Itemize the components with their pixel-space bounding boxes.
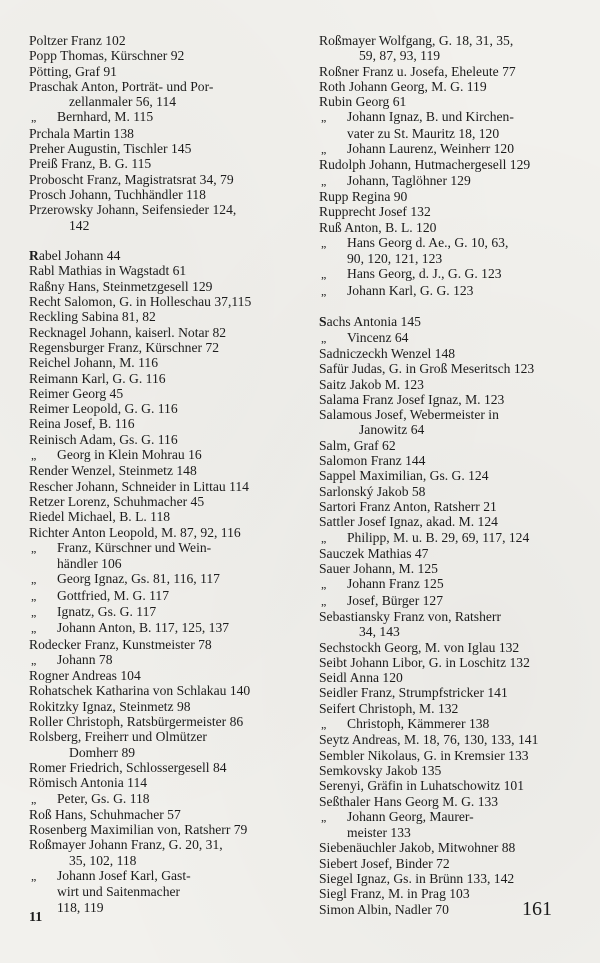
index-entry: Richter Anton Leopold, M. 87, 92, 116 xyxy=(29,525,277,540)
entry-text: Josef, Bürger 127 xyxy=(347,593,443,608)
entry-line: „Peter, Gs. G. 118 xyxy=(29,791,277,807)
index-entry: „Johann, Taglöhner 129 xyxy=(319,173,567,189)
ditto-mark: „ xyxy=(321,110,347,125)
index-entry: Sadniczeckh Wenzel 148 xyxy=(319,346,567,361)
signature-mark: 11 xyxy=(29,910,42,926)
entry-continuation-line: wirt und Saitenmacher xyxy=(29,884,277,899)
ditto-mark: „ xyxy=(31,572,57,587)
index-entry: Seibt Johann Libor, G. in Loschitz 132 xyxy=(319,655,567,670)
ditto-mark: „ xyxy=(31,869,57,884)
ditto-mark: „ xyxy=(321,717,347,732)
entry-text: Johann Ignaz, B. und Kirchen- xyxy=(347,109,514,124)
entry-text: Johann Georg, Maurer- xyxy=(347,809,474,824)
index-entry: Reimer Leopold, G. G. 116 xyxy=(29,401,277,416)
entry-line: „Johann Laurenz, Weinherr 120 xyxy=(319,141,567,157)
entry-text: Render Wenzel, Steinmetz 148 xyxy=(29,463,197,478)
index-entry: Seifert Christoph, M. 132 xyxy=(319,701,567,716)
index-entry: Prosch Johann, Tuchhändler 118 xyxy=(29,187,277,202)
entry-text: Johann 78 xyxy=(57,652,113,667)
entry-line: Seibt Johann Libor, G. in Loschitz 132 xyxy=(319,655,567,670)
entry-text: Rudolph Johann, Hutmachergesell 129 xyxy=(319,157,530,172)
book-page: Poltzer Franz 102Popp Thomas, Kürschner … xyxy=(0,0,600,963)
entry-text: Roß Hans, Schuhmacher 57 xyxy=(29,807,181,822)
entry-line: Rupp Regina 90 xyxy=(319,189,567,204)
entry-line: Sechstockh Georg, M. von Iglau 132 xyxy=(319,640,567,655)
ditto-mark: „ xyxy=(321,142,347,157)
entry-text: Seßthaler Hans Georg M. G. 133 xyxy=(319,794,498,809)
index-entry: Reina Josef, B. 116 xyxy=(29,416,277,431)
entry-line: Sappel Maximilian, Gs. G. 124 xyxy=(319,468,567,483)
index-entry: Riedel Michael, B. L. 118 xyxy=(29,509,277,524)
index-entry: Retzer Lorenz, Schuhmacher 45 xyxy=(29,494,277,509)
entry-line: Roßmayer Wolfgang, G. 18, 31, 35, xyxy=(319,33,567,48)
entry-text: 59, 87, 93, 119 xyxy=(359,48,440,63)
entry-line: Regensburger Franz, Kürschner 72 xyxy=(29,340,277,355)
entry-text: Sembler Nikolaus, G. in Kremsier 133 xyxy=(319,748,529,763)
index-entry: Sachs Antonia 145 xyxy=(319,314,567,329)
section-gap xyxy=(319,299,567,314)
index-entry: „Gottfried, M. G. 117 xyxy=(29,588,277,604)
entry-text: Roßmayer Wolfgang, G. 18, 31, 35, xyxy=(319,33,513,48)
entry-line: Reimann Karl, G. G. 116 xyxy=(29,371,277,386)
index-entry: „Johann Anton, B. 117, 125, 137 xyxy=(29,620,277,636)
index-entry: Raßny Hans, Steinmetzgesell 129 xyxy=(29,279,277,294)
entry-line: Siebert Josef, Binder 72 xyxy=(319,856,567,871)
index-entry: Romer Friedrich, Schlossergesell 84 xyxy=(29,760,277,775)
entry-line: Rescher Johann, Schneider in Littau 114 xyxy=(29,479,277,494)
entry-line: Sarlonský Jakob 58 xyxy=(319,484,567,499)
entry-text: Ruß Anton, B. L. 120 xyxy=(319,220,436,235)
entry-line: Rohatschek Katharina von Schlakau 140 xyxy=(29,683,277,698)
entry-line: Seidl Anna 120 xyxy=(319,670,567,685)
entry-text: Johann, Taglöhner 129 xyxy=(347,173,471,188)
index-entry: Salamous Josef, Webermeister inJanowitz … xyxy=(319,407,567,438)
entry-continuation-line: Domherr 89 xyxy=(29,745,277,760)
entry-continuation-line: zellanmaler 56, 114 xyxy=(29,94,277,109)
entry-text: Seibt Johann Libor, G. in Loschitz 132 xyxy=(319,655,530,670)
entry-line: Siebenäuchler Jakob, Mitwohner 88 xyxy=(319,840,567,855)
entry-text: Johann Laurenz, Weinherr 120 xyxy=(347,141,514,156)
entry-text: Recht Salomon, G. in Holleschau 37,115 xyxy=(29,294,251,309)
index-entry: Rabl Mathias in Wagstadt 61 xyxy=(29,263,277,278)
entry-line: Rolsberg, Freiherr und Olmützer xyxy=(29,729,277,744)
entry-text: Pötting, Graf 91 xyxy=(29,64,117,79)
index-entry: Rupp Regina 90 xyxy=(319,189,567,204)
entry-line: Rosenberg Maximilian von, Ratsherr 79 xyxy=(29,822,277,837)
entry-text: Domherr 89 xyxy=(69,745,135,760)
entry-line: „Georg in Klein Mohrau 16 xyxy=(29,447,277,463)
index-entry: Saitz Jakob M. 123 xyxy=(319,377,567,392)
entry-line: Rabl Mathias in Wagstadt 61 xyxy=(29,263,277,278)
index-entry: Seßthaler Hans Georg M. G. 133 xyxy=(319,794,567,809)
entry-text: Sebastiansky Franz von, Ratsherr xyxy=(319,609,501,624)
page-number: 161 xyxy=(522,898,552,921)
entry-line: Preher Augustin, Tischler 145 xyxy=(29,141,277,156)
index-entry: Rescher Johann, Schneider in Littau 114 xyxy=(29,479,277,494)
entry-text: Rubin Georg 61 xyxy=(319,94,406,109)
section-gap xyxy=(29,233,277,248)
entry-text: Hans Georg d. Ae., G. 10, 63, xyxy=(347,235,508,250)
entry-line: Seifert Christoph, M. 132 xyxy=(319,701,567,716)
entry-text: Popp Thomas, Kürschner 92 xyxy=(29,48,184,63)
index-entry: „Johann 78 xyxy=(29,652,277,668)
entry-line: Rupprecht Josef 132 xyxy=(319,204,567,219)
index-entry: Przerowsky Johann, Seifensieder 124,142 xyxy=(29,202,277,233)
ditto-mark: „ xyxy=(31,448,57,463)
entry-line: Richter Anton Leopold, M. 87, 92, 116 xyxy=(29,525,277,540)
index-entry: Rolsberg, Freiherr und OlmützerDomherr 8… xyxy=(29,729,277,760)
ditto-mark: „ xyxy=(31,653,57,668)
entry-text: vater zu St. Mauritz 18, 120 xyxy=(347,126,499,141)
entry-continuation-line: händler 106 xyxy=(29,556,277,571)
entry-text: Seidl Anna 120 xyxy=(319,670,403,685)
entry-text: zellanmaler 56, 114 xyxy=(69,94,176,109)
entry-text: 34, 143 xyxy=(359,624,400,639)
ditto-mark: „ xyxy=(321,810,347,825)
entry-text: Salamous Josef, Webermeister in xyxy=(319,407,499,422)
ditto-mark: „ xyxy=(321,577,347,592)
entry-line: Retzer Lorenz, Schuhmacher 45 xyxy=(29,494,277,509)
entry-text: Christoph, Kämmerer 138 xyxy=(347,716,489,731)
entry-text: Sappel Maximilian, Gs. G. 124 xyxy=(319,468,489,483)
entry-text: Seifert Christoph, M. 132 xyxy=(319,701,458,716)
index-entry: Rudolph Johann, Hutmachergesell 129 xyxy=(319,157,567,172)
entry-line: Przerowsky Johann, Seifensieder 124, xyxy=(29,202,277,217)
entry-text: Rupp Regina 90 xyxy=(319,189,407,204)
index-entry: Popp Thomas, Kürschner 92 xyxy=(29,48,277,63)
index-entry: „Josef, Bürger 127 xyxy=(319,593,567,609)
index-entry: Sarlonský Jakob 58 xyxy=(319,484,567,499)
entry-text: Georg Ignaz, Gs. 81, 116, 117 xyxy=(57,571,220,586)
ditto-mark: „ xyxy=(31,792,57,807)
index-entry: „Vincenz 64 xyxy=(319,330,567,346)
entry-text: Gottfried, M. G. 117 xyxy=(57,588,169,603)
index-entry: Recknagel Johann, kaiserl. Notar 82 xyxy=(29,325,277,340)
entry-text: Przerowsky Johann, Seifensieder 124, xyxy=(29,202,236,217)
entry-text: Proboscht Franz, Magistratsrat 34, 79 xyxy=(29,172,234,187)
entry-line: Reichel Johann, M. 116 xyxy=(29,355,277,370)
ditto-mark: „ xyxy=(321,531,347,546)
entry-text: Franz, Kürschner und Wein- xyxy=(57,540,211,555)
entry-line: Rabel Johann 44 xyxy=(29,248,277,263)
index-entry: „Hans Georg d. Ae., G. 10, 63,90, 120, 1… xyxy=(319,235,567,267)
entry-line: Roßmayer Johann Franz, G. 20, 31, xyxy=(29,837,277,852)
entry-text: Johann Karl, G. G. 123 xyxy=(347,283,473,298)
entry-line: „Philipp, M. u. B. 29, 69, 117, 124 xyxy=(319,530,567,546)
entry-text: Regensburger Franz, Kürschner 72 xyxy=(29,340,219,355)
entry-line: Safür Judas, G. in Groß Meseritsch 123 xyxy=(319,361,567,376)
entry-line: „Johann Franz 125 xyxy=(319,576,567,592)
index-entry: Sembler Nikolaus, G. in Kremsier 133 xyxy=(319,748,567,763)
index-entry: „Franz, Kürschner und Wein-händler 106 xyxy=(29,540,277,572)
index-entry: Render Wenzel, Steinmetz 148 xyxy=(29,463,277,478)
entry-line: Recht Salomon, G. in Holleschau 37,115 xyxy=(29,294,277,309)
index-entry: Preiß Franz, B. G. 115 xyxy=(29,156,277,171)
entry-text: Hans Georg, d. J., G. G. 123 xyxy=(347,266,502,281)
entry-text: Philipp, M. u. B. 29, 69, 117, 124 xyxy=(347,530,529,545)
entry-text: Seidler Franz, Strumpfstricker 141 xyxy=(319,685,508,700)
index-entry: „Johann Karl, G. G. 123 xyxy=(319,283,567,299)
entry-line: Sauer Johann, M. 125 xyxy=(319,561,567,576)
entry-text: meister 133 xyxy=(347,825,411,840)
index-entry: „Hans Georg, d. J., G. G. 123 xyxy=(319,266,567,282)
entry-text: Rabl Mathias in Wagstadt 61 xyxy=(29,263,186,278)
entry-line: Ruß Anton, B. L. 120 xyxy=(319,220,567,235)
entry-text: Sartori Franz Anton, Ratsherr 21 xyxy=(319,499,497,514)
ditto-mark: „ xyxy=(31,605,57,620)
entry-line: „Georg Ignaz, Gs. 81, 116, 117 xyxy=(29,571,277,587)
index-entry: Rabel Johann 44 xyxy=(29,248,277,263)
entry-continuation-line: 34, 143 xyxy=(319,624,567,639)
index-entry: Sauczek Mathias 47 xyxy=(319,546,567,561)
entry-line: Salamous Josef, Webermeister in xyxy=(319,407,567,422)
ditto-mark: „ xyxy=(321,236,347,251)
entry-line: „Johann Anton, B. 117, 125, 137 xyxy=(29,620,277,636)
ditto-mark: „ xyxy=(321,594,347,609)
entry-text: Reina Josef, B. 116 xyxy=(29,416,135,431)
entry-text: Prchala Martin 138 xyxy=(29,126,134,141)
entry-text: Rescher Johann, Schneider in Littau 114 xyxy=(29,479,249,494)
index-entry: „Ignatz, Gs. G. 117 xyxy=(29,604,277,620)
entry-line: „Hans Georg d. Ae., G. 10, 63, xyxy=(319,235,567,251)
entry-text: Roth Johann Georg, M. G. 119 xyxy=(319,79,487,94)
entry-line: „Johann 78 xyxy=(29,652,277,668)
index-entry: Rohatschek Katharina von Schlakau 140 xyxy=(29,683,277,698)
index-entry: Sechstockh Georg, M. von Iglau 132 xyxy=(319,640,567,655)
entry-text: Preiß Franz, B. G. 115 xyxy=(29,156,151,171)
index-entry: „Johann Josef Karl, Gast-wirt und Saiten… xyxy=(29,868,277,915)
entry-text: Rosenberg Maximilian von, Ratsherr 79 xyxy=(29,822,247,837)
entry-line: „Johann Josef Karl, Gast- xyxy=(29,868,277,884)
index-entry: Reichel Johann, M. 116 xyxy=(29,355,277,370)
entry-line: Romer Friedrich, Schlossergesell 84 xyxy=(29,760,277,775)
entry-text: Serenyi, Gräfin in Luhatschowitz 101 xyxy=(319,778,524,793)
entry-text: Siegel Ignaz, Gs. in Brünn 133, 142 xyxy=(319,871,514,886)
entry-line: Reina Josef, B. 116 xyxy=(29,416,277,431)
entry-line: „Johann Ignaz, B. und Kirchen- xyxy=(319,109,567,125)
index-entry: Siegel Ignaz, Gs. in Brünn 133, 142 xyxy=(319,871,567,886)
entry-text: Safür Judas, G. in Groß Meseritsch 123 xyxy=(319,361,534,376)
entry-line: Sadniczeckh Wenzel 148 xyxy=(319,346,567,361)
entry-line: Recknagel Johann, kaiserl. Notar 82 xyxy=(29,325,277,340)
entry-line: Semkovsky Jakob 135 xyxy=(319,763,567,778)
entry-text: Sechstockh Georg, M. von Iglau 132 xyxy=(319,640,519,655)
entry-line: Sembler Nikolaus, G. in Kremsier 133 xyxy=(319,748,567,763)
entry-text: 35, 102, 118 xyxy=(69,853,136,868)
index-entry: „Johann Franz 125 xyxy=(319,576,567,592)
entry-text: wirt und Saitenmacher xyxy=(57,884,180,899)
entry-text: Raßny Hans, Steinmetzgesell 129 xyxy=(29,279,212,294)
entry-continuation-line: 142 xyxy=(29,218,277,233)
index-entry: Sartori Franz Anton, Ratsherr 21 xyxy=(319,499,567,514)
entry-text: Römisch Antonia 114 xyxy=(29,775,147,790)
entry-text: Simon Albin, Nadler 70 xyxy=(319,902,449,917)
entry-line: Reimer Leopold, G. G. 116 xyxy=(29,401,277,416)
index-entry: Rubin Georg 61 xyxy=(319,94,567,109)
ditto-mark: „ xyxy=(321,174,347,189)
entry-line: Rodecker Franz, Kunstmeister 78 xyxy=(29,637,277,652)
entry-line: Prosch Johann, Tuchhändler 118 xyxy=(29,187,277,202)
index-entry: Sattler Josef Ignaz, akad. M. 124 xyxy=(319,514,567,529)
entry-line: Proboscht Franz, Magistratsrat 34, 79 xyxy=(29,172,277,187)
entry-line: Siegel Ignaz, Gs. in Brünn 133, 142 xyxy=(319,871,567,886)
entry-line: Roth Johann Georg, M. G. 119 xyxy=(319,79,567,94)
index-entry: Rosenberg Maximilian von, Ratsherr 79 xyxy=(29,822,277,837)
entry-text: Retzer Lorenz, Schuhmacher 45 xyxy=(29,494,204,509)
entry-continuation-line: 90, 120, 121, 123 xyxy=(319,251,567,266)
index-entry: „Philipp, M. u. B. 29, 69, 117, 124 xyxy=(319,530,567,546)
index-entry: Preher Augustin, Tischler 145 xyxy=(29,141,277,156)
entry-text: Johann Josef Karl, Gast- xyxy=(57,868,191,883)
entry-line: Seytz Andreas, M. 18, 76, 130, 133, 141 xyxy=(319,732,567,747)
index-entry: „Bernhard, M. 115 xyxy=(29,109,277,125)
index-entry: Roßner Franz u. Josefa, Eheleute 77 xyxy=(319,64,567,79)
entry-line: Sauczek Mathias 47 xyxy=(319,546,567,561)
entry-text: Sarlonský Jakob 58 xyxy=(319,484,425,499)
entry-continuation-line: meister 133 xyxy=(319,825,567,840)
entry-line: „Gottfried, M. G. 117 xyxy=(29,588,277,604)
section-initial: S xyxy=(319,314,327,329)
index-entry: Poltzer Franz 102 xyxy=(29,33,277,48)
index-entry: Ruß Anton, B. L. 120 xyxy=(319,220,567,235)
entry-line: Rubin Georg 61 xyxy=(319,94,567,109)
entry-line: Roß Hans, Schuhmacher 57 xyxy=(29,807,277,822)
entry-line: Seßthaler Hans Georg M. G. 133 xyxy=(319,794,567,809)
entry-line: Reckling Sabina 81, 82 xyxy=(29,309,277,324)
entry-line: Sachs Antonia 145 xyxy=(319,314,567,329)
entry-text: Riedel Michael, B. L. 118 xyxy=(29,509,170,524)
index-entry: Semkovsky Jakob 135 xyxy=(319,763,567,778)
entry-line: Prchala Martin 138 xyxy=(29,126,277,141)
index-entry: Seidler Franz, Strumpfstricker 141 xyxy=(319,685,567,700)
entry-text: Sattler Josef Ignaz, akad. M. 124 xyxy=(319,514,498,529)
index-entry: Proboscht Franz, Magistratsrat 34, 79 xyxy=(29,172,277,187)
entry-text: Richter Anton Leopold, M. 87, 92, 116 xyxy=(29,525,241,540)
ditto-mark: „ xyxy=(31,589,57,604)
entry-text: achs Antonia 145 xyxy=(327,314,421,329)
entry-line: „Vincenz 64 xyxy=(319,330,567,346)
index-entry: Reinisch Adam, Gs. G. 116 xyxy=(29,432,277,447)
entry-text: Sauer Johann, M. 125 xyxy=(319,561,438,576)
entry-line: „Ignatz, Gs. G. 117 xyxy=(29,604,277,620)
index-entry: Sauer Johann, M. 125 xyxy=(319,561,567,576)
entry-line: „Johann Karl, G. G. 123 xyxy=(319,283,567,299)
entry-text: Janowitz 64 xyxy=(359,422,424,437)
index-entry: Safür Judas, G. in Groß Meseritsch 123 xyxy=(319,361,567,376)
ditto-mark: „ xyxy=(31,541,57,556)
index-entry: Sebastiansky Franz von, Ratsherr34, 143 xyxy=(319,609,567,640)
entry-line: Serenyi, Gräfin in Luhatschowitz 101 xyxy=(319,778,567,793)
entry-line: Raßny Hans, Steinmetzgesell 129 xyxy=(29,279,277,294)
index-entry: Roßmayer Wolfgang, G. 18, 31, 35,59, 87,… xyxy=(319,33,567,64)
entry-text: Semkovsky Jakob 135 xyxy=(319,763,441,778)
entry-continuation-line: 35, 102, 118 xyxy=(29,853,277,868)
index-entry: „Johann Georg, Maurer-meister 133 xyxy=(319,809,567,841)
entry-text: Reimer Georg 45 xyxy=(29,386,123,401)
entry-line: Reinisch Adam, Gs. G. 116 xyxy=(29,432,277,447)
entry-line: Reimer Georg 45 xyxy=(29,386,277,401)
index-entry: Roth Johann Georg, M. G. 119 xyxy=(319,79,567,94)
entry-text: Sauczek Mathias 47 xyxy=(319,546,428,561)
entry-text: Recknagel Johann, kaiserl. Notar 82 xyxy=(29,325,226,340)
entry-line: Rokitzky Ignaz, Steinmetz 98 xyxy=(29,699,277,714)
entry-line: Salomon Franz 144 xyxy=(319,453,567,468)
entry-line: Riedel Michael, B. L. 118 xyxy=(29,509,277,524)
section-initial: R xyxy=(29,248,39,263)
entry-text: Romer Friedrich, Schlossergesell 84 xyxy=(29,760,227,775)
entry-line: Popp Thomas, Kürschner 92 xyxy=(29,48,277,63)
entry-text: Rupprecht Josef 132 xyxy=(319,204,431,219)
index-entry: „Georg Ignaz, Gs. 81, 116, 117 xyxy=(29,571,277,587)
ditto-mark: „ xyxy=(31,621,57,636)
entry-text: händler 106 xyxy=(57,556,122,571)
entry-line: Roller Christoph, Ratsbürgermeister 86 xyxy=(29,714,277,729)
entry-continuation-line: 118, 119 xyxy=(29,900,277,915)
index-entry: Römisch Antonia 114 xyxy=(29,775,277,790)
entry-line: Pötting, Graf 91 xyxy=(29,64,277,79)
entry-text: abel Johann 44 xyxy=(39,248,121,263)
index-entry: Recht Salomon, G. in Holleschau 37,115 xyxy=(29,294,277,309)
entry-line: Saitz Jakob M. 123 xyxy=(319,377,567,392)
entry-text: Reckling Sabina 81, 82 xyxy=(29,309,156,324)
ditto-mark: „ xyxy=(321,284,347,299)
index-entry: Rokitzky Ignaz, Steinmetz 98 xyxy=(29,699,277,714)
index-entry: Serenyi, Gräfin in Luhatschowitz 101 xyxy=(319,778,567,793)
entry-text: Reimer Leopold, G. G. 116 xyxy=(29,401,178,416)
entry-continuation-line: Janowitz 64 xyxy=(319,422,567,437)
entry-text: Bernhard, M. 115 xyxy=(57,109,153,124)
index-entry: „Johann Laurenz, Weinherr 120 xyxy=(319,141,567,157)
entry-line: „Christoph, Kämmerer 138 xyxy=(319,716,567,732)
entry-text: Seytz Andreas, M. 18, 76, 130, 133, 141 xyxy=(319,732,538,747)
index-entry: Siebenäuchler Jakob, Mitwohner 88 xyxy=(319,840,567,855)
entry-continuation-line: vater zu St. Mauritz 18, 120 xyxy=(319,126,567,141)
entry-text: Prosch Johann, Tuchhändler 118 xyxy=(29,187,206,202)
entry-line: Preiß Franz, B. G. 115 xyxy=(29,156,277,171)
index-entry: Regensburger Franz, Kürschner 72 xyxy=(29,340,277,355)
index-entry: Reimer Georg 45 xyxy=(29,386,277,401)
entry-text: Johann Anton, B. 117, 125, 137 xyxy=(57,620,229,635)
index-entry: „Johann Ignaz, B. und Kirchen-vater zu S… xyxy=(319,109,567,141)
entry-line: Rogner Andreas 104 xyxy=(29,668,277,683)
entry-line: Römisch Antonia 114 xyxy=(29,775,277,790)
index-entry: Seytz Andreas, M. 18, 76, 130, 133, 141 xyxy=(319,732,567,747)
entry-text: Sadniczeckh Wenzel 148 xyxy=(319,346,455,361)
index-entry: Salama Franz Josef Ignaz, M. 123 xyxy=(319,392,567,407)
ditto-mark: „ xyxy=(321,331,347,346)
entry-text: Rogner Andreas 104 xyxy=(29,668,141,683)
index-entry: Praschak Anton, Porträt- und Por-zellanm… xyxy=(29,79,277,110)
entry-text: Saitz Jakob M. 123 xyxy=(319,377,424,392)
entry-line: „Johann, Taglöhner 129 xyxy=(319,173,567,189)
index-entry: Sappel Maximilian, Gs. G. 124 xyxy=(319,468,567,483)
ditto-mark: „ xyxy=(321,267,347,282)
ditto-mark: „ xyxy=(31,110,57,125)
entry-text: Roßner Franz u. Josefa, Eheleute 77 xyxy=(319,64,516,79)
entry-text: Poltzer Franz 102 xyxy=(29,33,126,48)
entry-text: Reimann Karl, G. G. 116 xyxy=(29,371,166,386)
entry-line: „Hans Georg, d. J., G. G. 123 xyxy=(319,266,567,282)
entry-text: 118, 119 xyxy=(57,900,104,915)
entry-line: „Josef, Bürger 127 xyxy=(319,593,567,609)
entry-line: Rudolph Johann, Hutmachergesell 129 xyxy=(319,157,567,172)
entry-line: Sebastiansky Franz von, Ratsherr xyxy=(319,609,567,624)
index-entry: Reckling Sabina 81, 82 xyxy=(29,309,277,324)
entry-text: Rolsberg, Freiherr und Olmützer xyxy=(29,729,207,744)
index-entry: Seidl Anna 120 xyxy=(319,670,567,685)
index-entry: Salomon Franz 144 xyxy=(319,453,567,468)
entry-line: Render Wenzel, Steinmetz 148 xyxy=(29,463,277,478)
